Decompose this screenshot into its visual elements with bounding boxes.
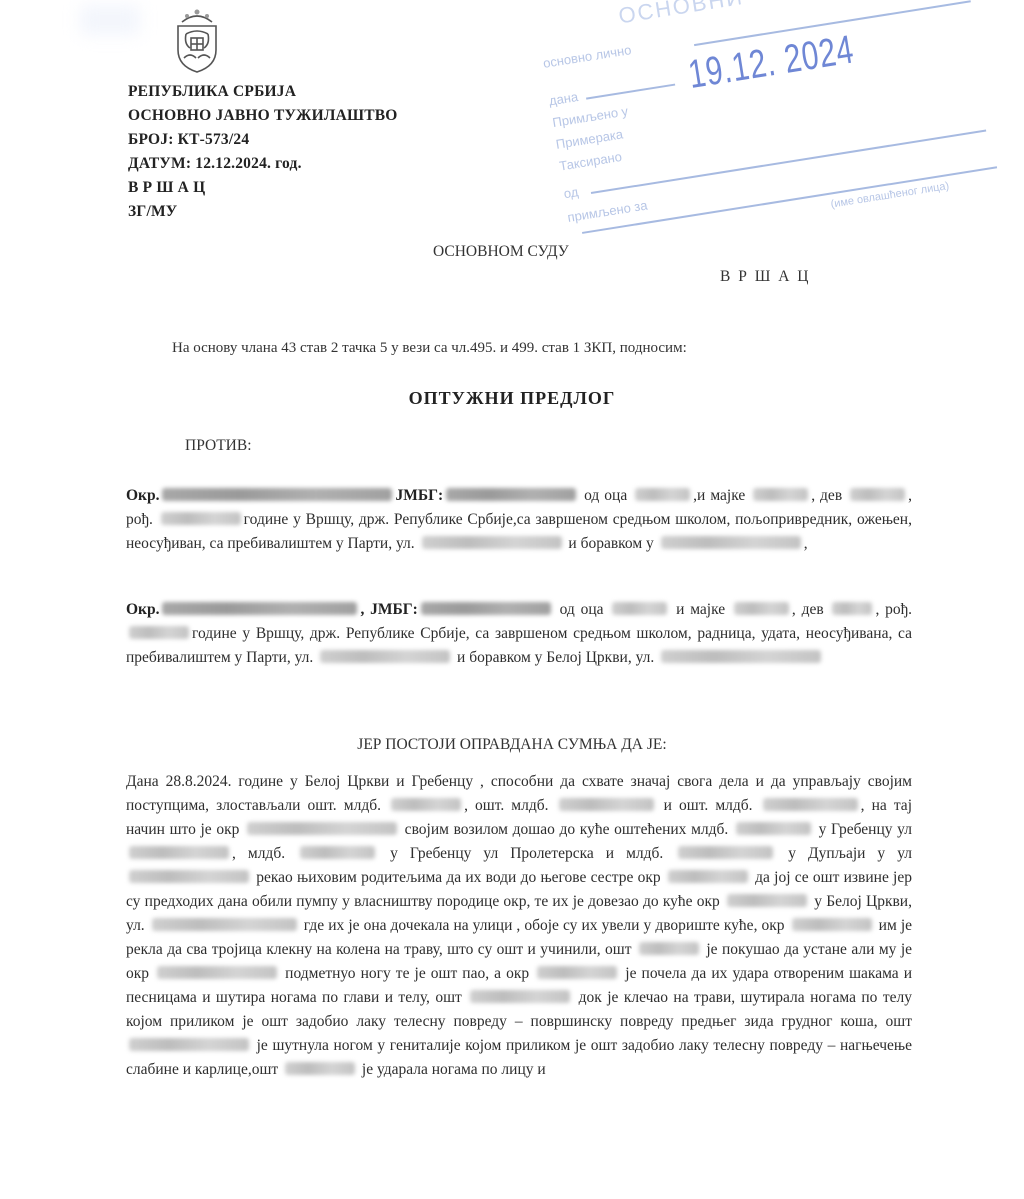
redacted-name (470, 990, 570, 1003)
redacted-name (391, 798, 461, 811)
redacted-text (850, 488, 905, 501)
redacted-name (678, 846, 773, 859)
redacted-name (763, 798, 858, 811)
redacted-name (792, 918, 872, 931)
redacted-address (320, 650, 450, 663)
stamp-title: ОСНОВНИ (617, 0, 746, 29)
redacted-address (661, 536, 801, 549)
addressee-city: В Р Ш А Ц (720, 268, 810, 286)
redacted-address (129, 870, 249, 883)
redacted-date (161, 512, 241, 525)
redacted-name (129, 1038, 249, 1051)
receipt-stamp: ОСНОВНИ основно лично дана Примљено у Пр… (525, 0, 1024, 257)
redacted-address (152, 918, 297, 931)
redacted-address (661, 650, 821, 663)
document-date: ДАТУМ: 12.12.2024. год. (128, 152, 398, 176)
addressee-court: ОСНОВНОМ СУДУ (433, 243, 569, 261)
defendant-2-paragraph: Окр., ЈМБГ: од оца и мајке , дев , рођ. … (126, 598, 912, 670)
stamp-line: Таксирано (558, 149, 623, 174)
redacted-name (727, 894, 807, 907)
redacted-name (537, 966, 617, 979)
stamp-line: примљено за (566, 197, 648, 224)
redacted-jmbg (421, 602, 551, 615)
redacted-name (285, 1062, 355, 1075)
stamp-line: Примерака (555, 126, 624, 151)
redacted-text (753, 488, 808, 501)
redacted-name (162, 602, 357, 615)
redacted-name (559, 798, 654, 811)
header-city: В Р Ш А Ц (128, 176, 398, 200)
case-number: БРОЈ: КТ-573/24 (128, 128, 398, 152)
stamp-line: од (563, 184, 580, 201)
redacted-name (736, 822, 811, 835)
redacted-name (639, 942, 699, 955)
redacted-text (635, 488, 690, 501)
redacted-address (422, 536, 562, 549)
redacted-text (734, 602, 789, 615)
redacted-name (668, 870, 748, 883)
stamp-line: основно лично (542, 42, 632, 71)
author-initials: ЗГ/МУ (128, 200, 398, 224)
redacted-name (162, 488, 392, 501)
jmbg-label: ЈМБГ: (395, 487, 443, 504)
redacted-text (612, 602, 667, 615)
redacted-name (300, 846, 375, 859)
document-header: РЕПУБЛИКА СРБИЈА ОСНОВНО ЈАВНО ТУЖИЛАШТВ… (128, 80, 398, 224)
legal-basis: На основу члана 43 став 2 тачка 5 у вези… (172, 340, 687, 357)
redacted-jmbg (446, 488, 576, 501)
jmbg-label: , ЈМБГ: (360, 601, 417, 618)
stamp-received-date: 19.12. 2024 (685, 27, 857, 98)
scan-smudge (80, 5, 140, 35)
coat-of-arms-icon (172, 8, 222, 74)
stamp-line: дана (548, 89, 579, 108)
redacted-date (129, 626, 189, 639)
country-name: РЕПУБЛИКА СРБИЈА (128, 80, 398, 104)
redacted-text (832, 602, 872, 615)
defendant-1-paragraph: Окр.ЈМБГ: од оца ,и мајке , дев , рођ. г… (126, 484, 912, 556)
office-name: ОСНОВНО ЈАВНО ТУЖИЛАШТВО (128, 104, 398, 128)
redacted-name (157, 966, 277, 979)
defendant-prefix: Окр. (126, 601, 159, 618)
against-label: ПРОТИВ: (185, 437, 252, 455)
redacted-address (129, 846, 229, 859)
redacted-name (247, 822, 397, 835)
defendant-prefix: Окр. (126, 487, 159, 504)
document-title: ОПТУЖНИ ПРЕДЛОГ (0, 388, 1024, 409)
narrative-paragraph: Дана 28.8.2024. године у Белој Цркви и Г… (126, 770, 912, 1082)
suspicion-heading: ЈЕР ПОСТОЈИ ОПРАВДАНА СУМЊА ДА ЈЕ: (0, 736, 1024, 754)
